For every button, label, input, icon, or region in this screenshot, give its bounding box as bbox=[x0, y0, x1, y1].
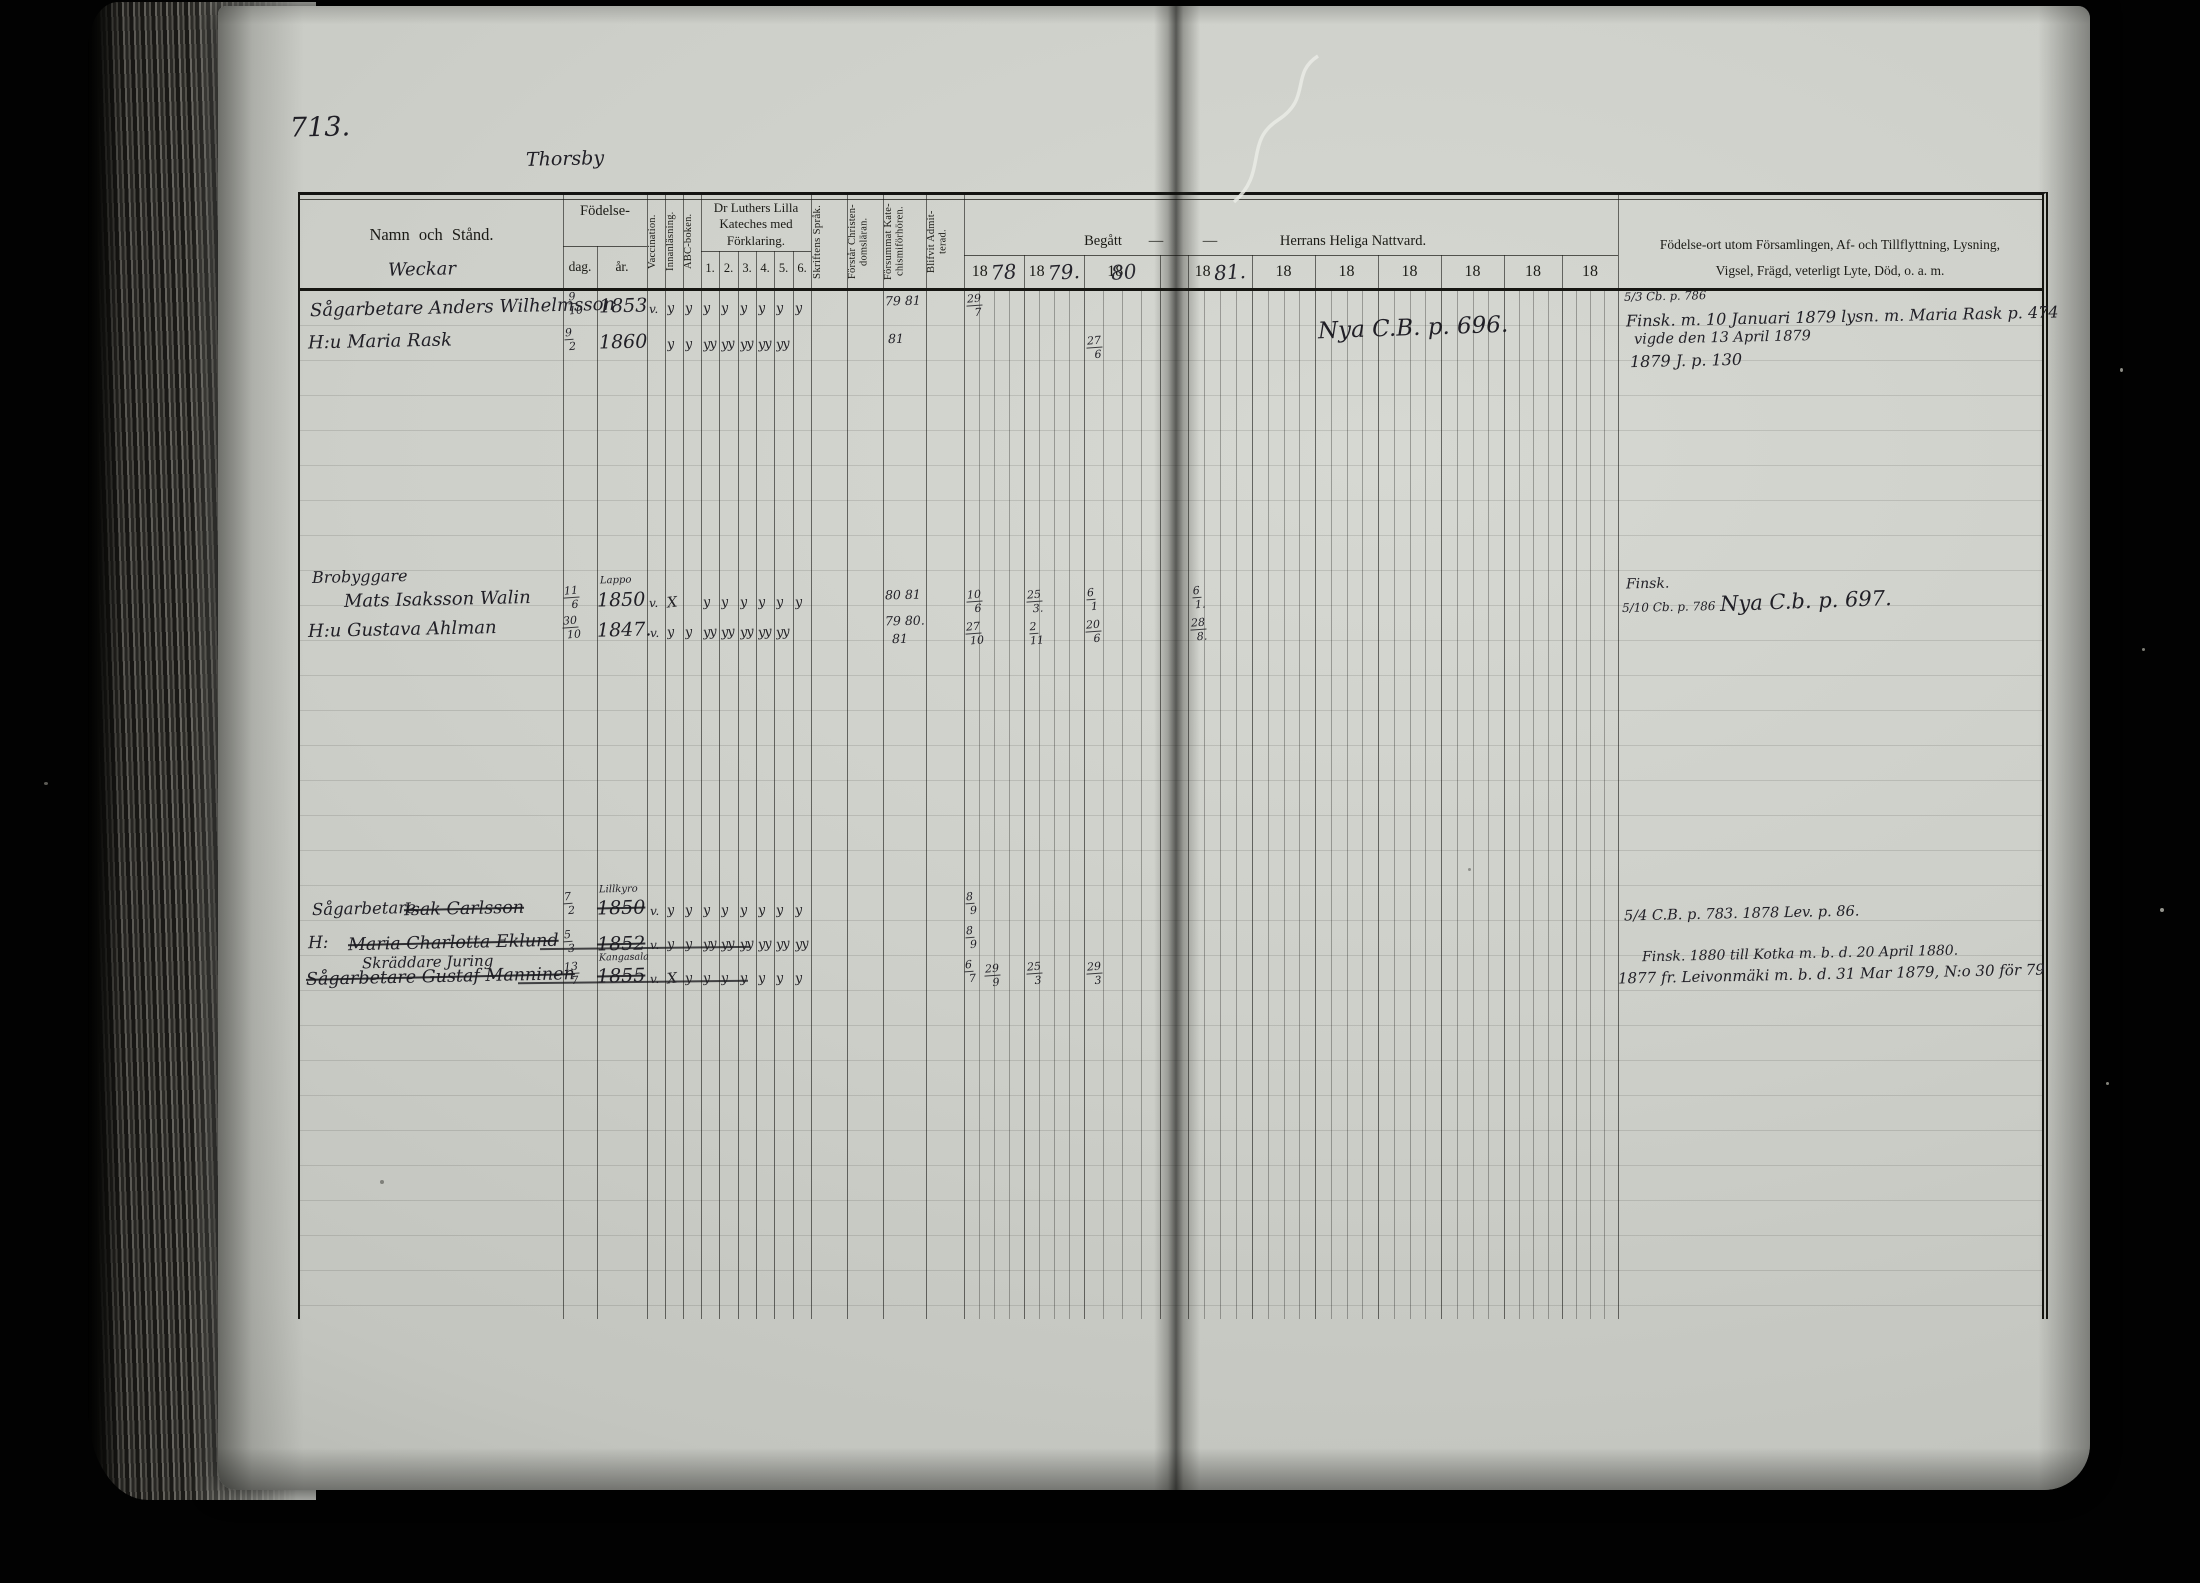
photo-speck bbox=[44, 782, 48, 785]
photo-speck bbox=[2106, 1082, 2109, 1085]
book-gutter-shadow bbox=[1154, 6, 1200, 1490]
scanned-ledger-photo: 713. Thorsby Namn och Stånd. Weckar Föde… bbox=[0, 0, 2200, 1583]
photo-speck bbox=[2142, 648, 2145, 651]
open-book-spread: 713. Thorsby Namn och Stånd. Weckar Föde… bbox=[218, 6, 2090, 1490]
photo-speck bbox=[2160, 908, 2164, 912]
photo-speck bbox=[2120, 368, 2123, 372]
